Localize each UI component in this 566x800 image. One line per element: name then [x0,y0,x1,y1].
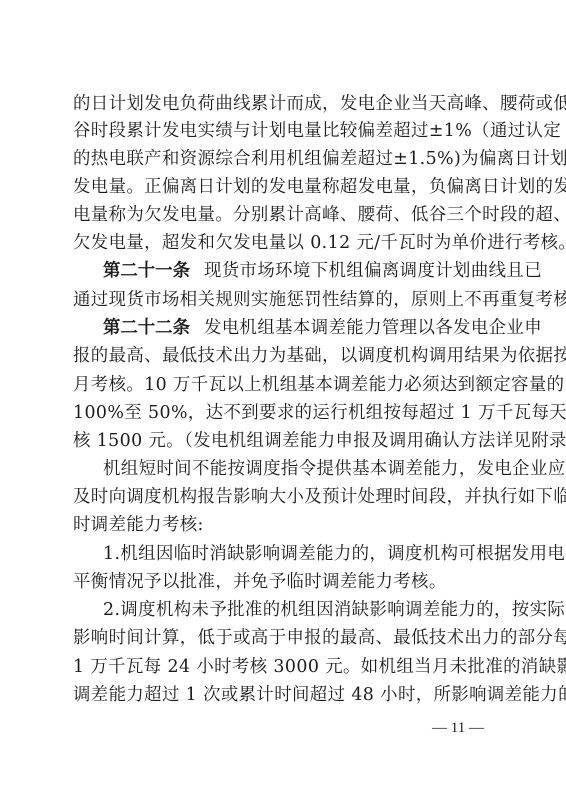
paragraph-line: 影响时间计算，低于或高于申报的最高、最低技术出力的部分每 [73,624,492,652]
paragraph-line: 欠发电量，超发和欠发电量以 0.12 元/千瓦时为单价进行考核。 [73,229,492,257]
paragraph-line: 通过现货市场相关规则实施惩罚性结算的，原则上不再重复考核。 [73,286,492,314]
list-item-2-line: 2.调度机构未予批准的机组因消缺影响调差能力的，按实际 [103,596,492,624]
paragraph-line: 及时向调度机构报告影响大小及预计处理时间段，并执行如下临 [73,483,492,511]
paragraph-line: 谷时段累计发电实绩与计划电量比较偏差超过±1%（通过认定 [73,117,492,145]
paragraph-line: 电量称为欠发电量。分别累计高峰、腰荷、低谷三个时段的超、 [73,201,492,229]
paragraph-line: 的日计划发电负荷曲线累计而成，发电企业当天高峰、腰荷或低 [73,90,492,118]
paragraph-line: 发电量。正偏离日计划的发电量称超发电量，负偏离日计划的发 [73,173,492,201]
paragraph-line: 核 1500 元。（发电机组调差能力申报及调用确认方法详见附录 1） [73,427,492,455]
paragraph-line: 100%至 50%，达不到要求的运行机组按每超过 1 万千瓦每天考 [73,399,492,427]
paragraph-line: 平衡情况予以批准，并免予临时调差能力考核。 [73,568,492,596]
paragraph-line: 报的最高、最低技术出力为基础，以调度机构调用结果为依据按 [73,342,492,370]
paragraph-line: 时调差能力考核: [73,511,492,539]
paragraph-line: 1 万千瓦每 24 小时考核 3000 元。如机组当月未批准的消缺影响 [73,653,492,681]
page-number: — 11 — [420,715,496,741]
article-number: 第二十一条 [103,261,190,281]
paragraph-line: 调差能力超过 1 次或累计时间超过 48 小时，所影响调差能力的 [73,681,492,709]
list-item-1-line: 1.机组因临时消缺影响调差能力的，调度机构可根据发用电 [103,540,492,568]
article-text: 发电机组基本调差能力管理以各发电企业申 [204,318,542,338]
paragraph-line: 的热电联产和资源综合利用机组偏差超过±1.5%)为偏离日计划 [73,145,492,173]
paragraph-line: 机组短时间不能按调度指令提供基本调差能力，发电企业应 [103,455,492,483]
article-21-first-line: 第二十一条现货市场环境下机组偏离调度计划曲线且已 [103,257,492,285]
article-text: 现货市场环境下机组偏离调度计划曲线且已 [204,261,542,281]
article-22-first-line: 第二十二条发电机组基本调差能力管理以各发电企业申 [103,314,492,342]
document-page: 的日计划发电负荷曲线累计而成，发电企业当天高峰、腰荷或低 谷时段累计发电实绩与计… [0,0,566,800]
paragraph-line: 月考核。10 万千瓦以上机组基本调差能力必须达到额定容量的 [73,371,492,399]
article-number: 第二十二条 [103,318,190,338]
